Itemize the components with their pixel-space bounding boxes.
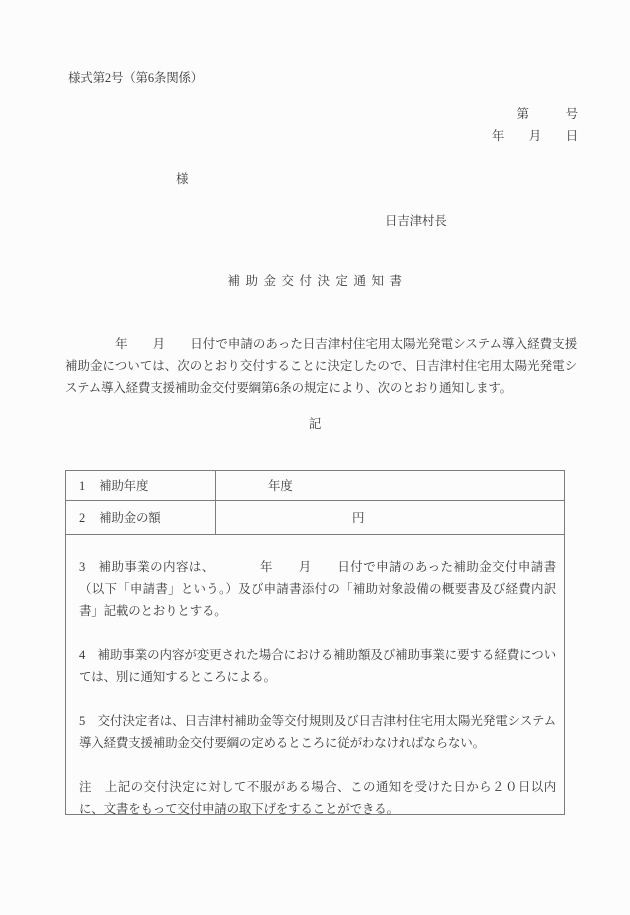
row-label: 補助年度 xyxy=(99,475,148,497)
decision-table: 1 補助年度 年度 2 補助金の額 円 3 補助事業の内容は、 年 月 日付で申… xyxy=(65,470,565,815)
table-clauses-cell: 3 補助事業の内容は、 年 月 日付で申請のあった補助金交付申請書（以下「申請書… xyxy=(66,535,564,820)
sender-name: 日吉津村長 xyxy=(385,210,447,232)
document-number: 第 号 xyxy=(0,103,578,125)
body-paragraph: 年 月 日付で申請のあった日吉津村住宅用太陽光発電システム導入経費支援補助金につ… xyxy=(65,333,577,399)
subsidy-amount-value-cell: 円 xyxy=(216,501,564,534)
table-row-subsidy-amount: 2 補助金の額 円 xyxy=(66,501,564,535)
clause-note: 注 上記の交付決定に対して不服がある場合、この通知を受けた日から２０日以内に、文… xyxy=(79,776,556,820)
row-number: 2 xyxy=(79,507,85,529)
fiscal-year-label-cell: 1 補助年度 xyxy=(66,471,216,500)
clause-3: 3 補助事業の内容は、 年 月 日付で申請のあった補助金交付申請書（以下「申請書… xyxy=(79,556,556,622)
notification-document-page: 様式第2号（第6条関係） 第 号 年 月 日 様 日吉津村長 補助金交付決定通知… xyxy=(0,0,630,915)
issue-date: 年 月 日 xyxy=(0,125,578,147)
document-title: 補助金交付決定通知書 xyxy=(0,270,630,292)
record-marker: 記 xyxy=(0,413,630,435)
fiscal-year-value-cell: 年度 xyxy=(216,471,564,500)
form-number: 様式第2号（第6条関係） xyxy=(68,67,203,89)
row-label: 補助金の額 xyxy=(99,507,161,529)
document-number-and-date: 第 号 年 月 日 xyxy=(0,103,630,147)
subsidy-amount-value: 円 xyxy=(352,507,364,529)
clause-5: 5 交付決定者は、日吉津村補助金等交付規則及び日吉津村住宅用太陽光発電システム導… xyxy=(79,710,556,754)
addressee-honorific: 様 xyxy=(176,168,188,190)
fiscal-year-value: 年度 xyxy=(268,475,293,497)
table-row-fiscal-year: 1 補助年度 年度 xyxy=(66,471,564,501)
clause-4: 4 補助事業の内容が変更された場合における補助額及び補助事業に要する経費について… xyxy=(79,644,556,688)
subsidy-amount-label-cell: 2 補助金の額 xyxy=(66,501,216,534)
row-number: 1 xyxy=(79,475,85,497)
